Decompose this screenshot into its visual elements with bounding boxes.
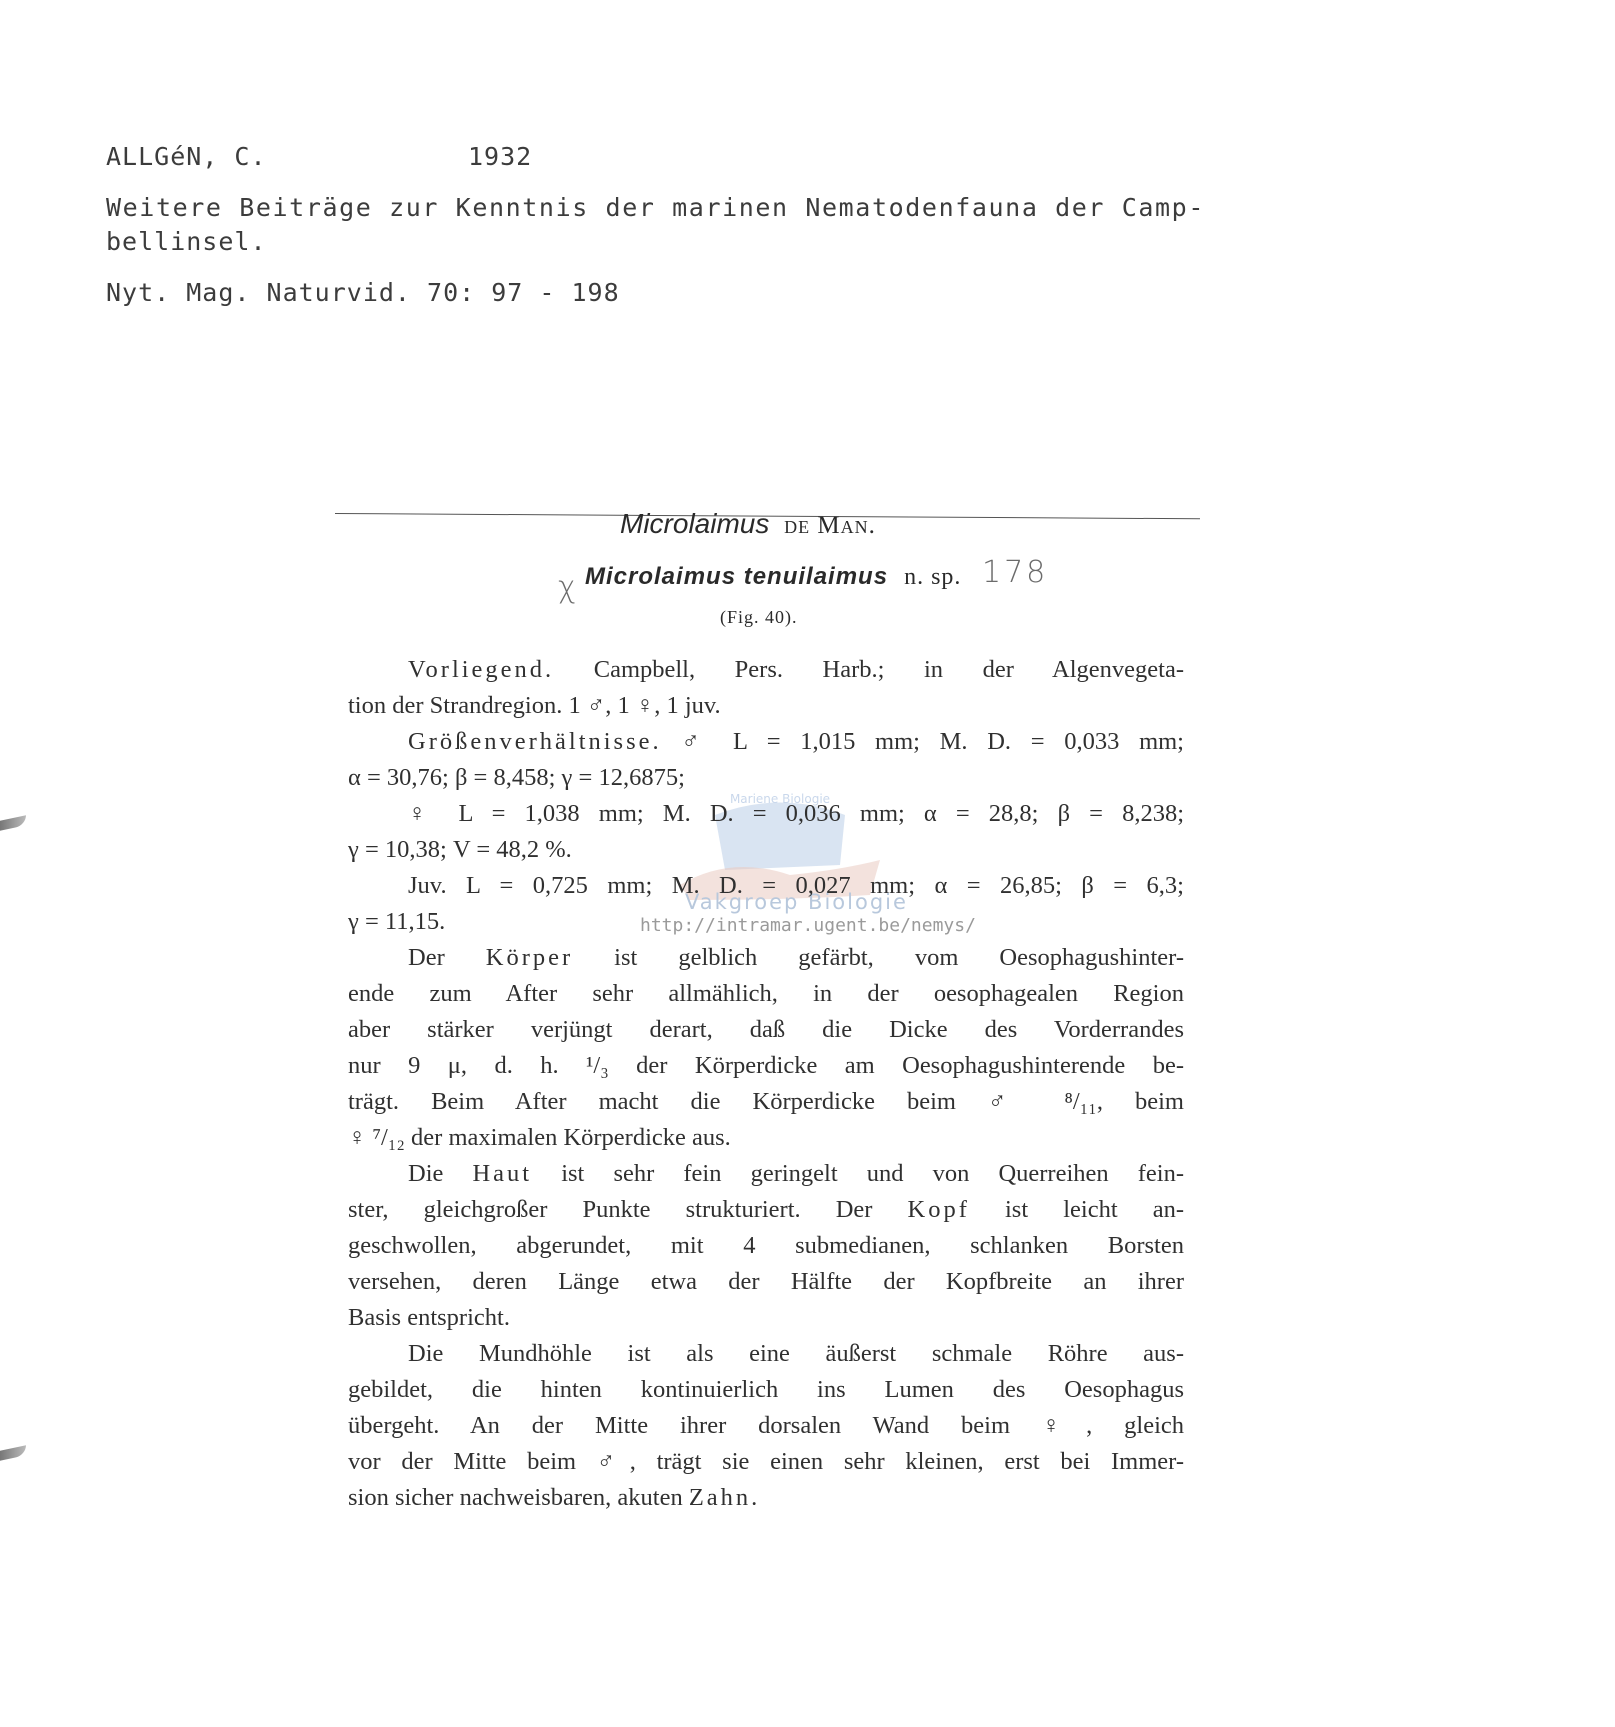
species-description: Vorliegend. Campbell, Pers. Harb.; in de…	[348, 652, 1184, 1516]
text-line: Die Mundhöhle ist als eine äußerst schma…	[348, 1336, 1184, 1372]
genus-author: de Man.	[784, 512, 876, 539]
text-line: Der Körper ist gelblich gefärbt, vom Oes…	[348, 940, 1184, 976]
scan-margin-mark	[0, 815, 26, 831]
species-status: n. sp.	[904, 564, 961, 590]
text-line: Größenverhältnisse. ♂ L = 1,015 mm; M. D…	[348, 724, 1184, 760]
card-title-line2: bellinsel.	[106, 227, 267, 256]
text-line: tion der Strandregion. 1 ♂, 1 ♀, 1 juv.	[348, 688, 1184, 724]
species-heading: Microlaimus tenuilaimus n. sp.	[585, 563, 961, 591]
card-year: 1932	[468, 142, 532, 171]
text-line: Die Haut ist sehr fein geringelt und von…	[348, 1156, 1184, 1192]
text-line: Juv. L = 0,725 mm; M. D. = 0,027 mm; α =…	[348, 868, 1184, 904]
card-author: ALLGéN, C.	[106, 142, 267, 171]
text-line: gebildet, die hinten kontinuierlich ins …	[348, 1372, 1184, 1408]
text-line: γ = 11,15.	[348, 904, 1184, 940]
text-line: nur 9 μ, d. h. ¹/₃ der Körperdicke am Oe…	[348, 1048, 1184, 1084]
genus-name: Microlaimus	[620, 508, 769, 539]
scan-margin-mark	[0, 1445, 26, 1461]
text-line: ster, gleichgroßer Punkte strukturiert. …	[348, 1192, 1184, 1228]
genus-heading: Microlaimus de Man.	[620, 508, 876, 540]
figure-reference: (Fig. 40).	[720, 607, 798, 628]
card-citation: Nyt. Mag. Naturvid. 70: 97 - 198	[106, 278, 620, 307]
text-line: α = 30,76; β = 8,458; γ = 12,6875;	[348, 760, 1184, 796]
text-line: sion sicher nachweisbaren, akuten Zahn.	[348, 1480, 1184, 1516]
text-line: ♀ L = 1,038 mm; M. D. = 0,036 mm; α = 28…	[348, 796, 1184, 832]
text-line: γ = 10,38; V = 48,2 %.	[348, 832, 1184, 868]
text-line: Vorliegend. Campbell, Pers. Harb.; in de…	[348, 652, 1184, 688]
text-line: geschwollen, abgerundet, mit 4 submedian…	[348, 1228, 1184, 1264]
text-line: aber stärker verjüngt derart, daß die Di…	[348, 1012, 1184, 1048]
text-line: vor der Mitte beim ♂, trägt sie einen se…	[348, 1444, 1184, 1480]
species-name: Microlaimus tenuilaimus	[585, 563, 888, 590]
handwritten-page-number: 178	[982, 555, 1048, 590]
text-line: ende zum After sehr allmählich, in der o…	[348, 976, 1184, 1012]
card-title-line1: Weitere Beiträge zur Kenntnis der marine…	[106, 193, 1205, 222]
text-line: trägt. Beim After macht die Körperdicke …	[348, 1084, 1184, 1120]
text-line: versehen, deren Länge etwa der Hälfte de…	[348, 1264, 1184, 1300]
text-line: Basis entspricht.	[348, 1300, 1184, 1336]
text-line: ♀ ⁷/₁₂ der maximalen Körperdicke aus.	[348, 1120, 1184, 1156]
handwritten-check-mark: χ	[558, 570, 576, 605]
text-line: übergeht. An der Mitte ihrer dorsalen Wa…	[348, 1408, 1184, 1444]
